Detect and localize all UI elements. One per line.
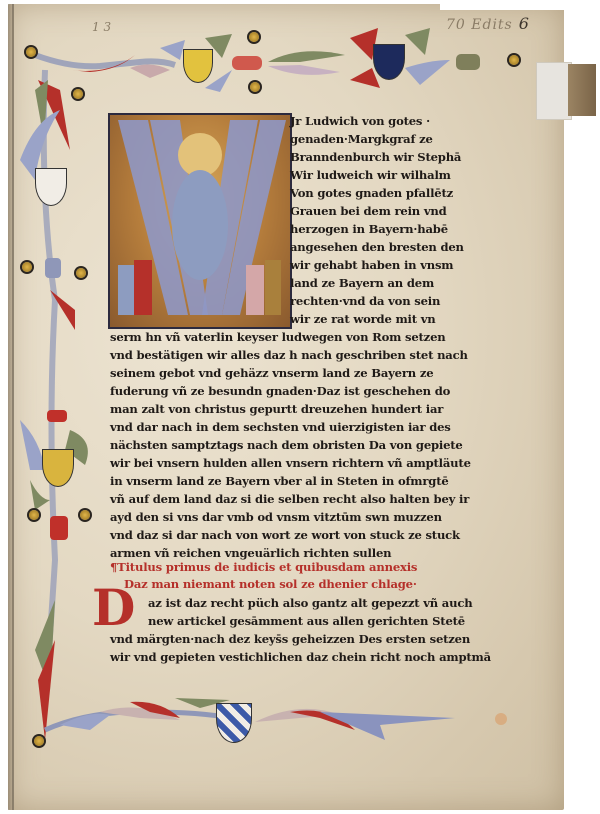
text-line: nächsten samptztags nach dem obristen Da… xyxy=(110,436,463,454)
rubric-subtitle: Daz man niemant noten sol ze dhenier chl… xyxy=(124,575,417,593)
text-line: serm hn vñ vaterlin keyser ludwegen von … xyxy=(110,328,445,346)
text-line: herzogen in Bayern·habē xyxy=(290,220,448,238)
gold-boss-icon xyxy=(80,510,90,520)
text-line: seinem gebot vnd gehäzz vnserm land ze B… xyxy=(110,364,433,382)
rubric-title: ¶Titulus primus de iudicis et quibusdam … xyxy=(110,558,417,576)
text-line: wir bei vnsern hulden allen vnsern richt… xyxy=(110,454,471,472)
text-line: vñ auf dem land daz si die selben recht … xyxy=(110,490,469,508)
gold-boss-icon xyxy=(29,510,39,520)
text-line: angesehen den bresten den xyxy=(290,238,464,256)
text-line: Branndenburch wir Stephā xyxy=(290,148,461,166)
gold-boss-icon xyxy=(249,32,259,42)
text-line: in vnserm land ze Bayern vber al in Stet… xyxy=(110,472,449,490)
gold-boss-icon xyxy=(34,736,44,746)
wax-stain xyxy=(495,713,507,725)
gold-boss-icon xyxy=(250,82,260,92)
text-line: Wir ludweich wir wilhalm xyxy=(290,166,451,184)
text-line: Von gotes gnaden pfallētz xyxy=(290,184,453,202)
drop-cap-initial: D xyxy=(92,583,135,633)
text-line: ayd den si vns dar vmb od vnsm vitztūm s… xyxy=(110,508,442,526)
text-line: wir vnd gepieten vestichlichen daz chein… xyxy=(110,648,491,666)
initial-w-icon xyxy=(110,115,290,327)
gold-boss-icon xyxy=(76,268,86,278)
text-line: wir ze rat worde mit vn xyxy=(290,310,436,328)
text-line: az ist daz recht püch also gantz alt gep… xyxy=(148,594,472,612)
text-line: land ze Bayern an dem xyxy=(290,274,434,292)
text-line: vnd märgten·nach dez keys̄s geheizzen De… xyxy=(110,630,470,648)
text-line: genaden·Margkgraf ze xyxy=(290,130,433,148)
historiated-initial-miniature xyxy=(108,113,292,329)
text-line: rechten·vnd da von sein xyxy=(290,292,440,310)
text-line: Jr Ludwich von gotes · xyxy=(290,112,430,130)
gold-boss-icon xyxy=(73,89,83,99)
text-line: vnd dar nach in dem sechsten vnd uierzig… xyxy=(110,418,451,436)
gold-boss-icon xyxy=(26,47,36,57)
text-line: vnd bestätigen wir alles daz h nach gesc… xyxy=(110,346,468,364)
text-line: Grauen bei dem rein vnd xyxy=(290,202,447,220)
gold-boss-icon xyxy=(509,55,519,65)
text-line: new artickel gesāmment aus allen gericht… xyxy=(148,612,465,630)
text-line: man zalt von christus gepurtt dreuzehen … xyxy=(110,400,443,418)
text-line: vnd daz si dar nach von wort ze wort von… xyxy=(110,526,460,544)
gold-boss-icon xyxy=(22,262,32,272)
text-line: fuderung vñ ze besundn gnaden·Daz ist ge… xyxy=(110,382,450,400)
text-line: wir gehabt haben in vnsm xyxy=(290,256,453,274)
